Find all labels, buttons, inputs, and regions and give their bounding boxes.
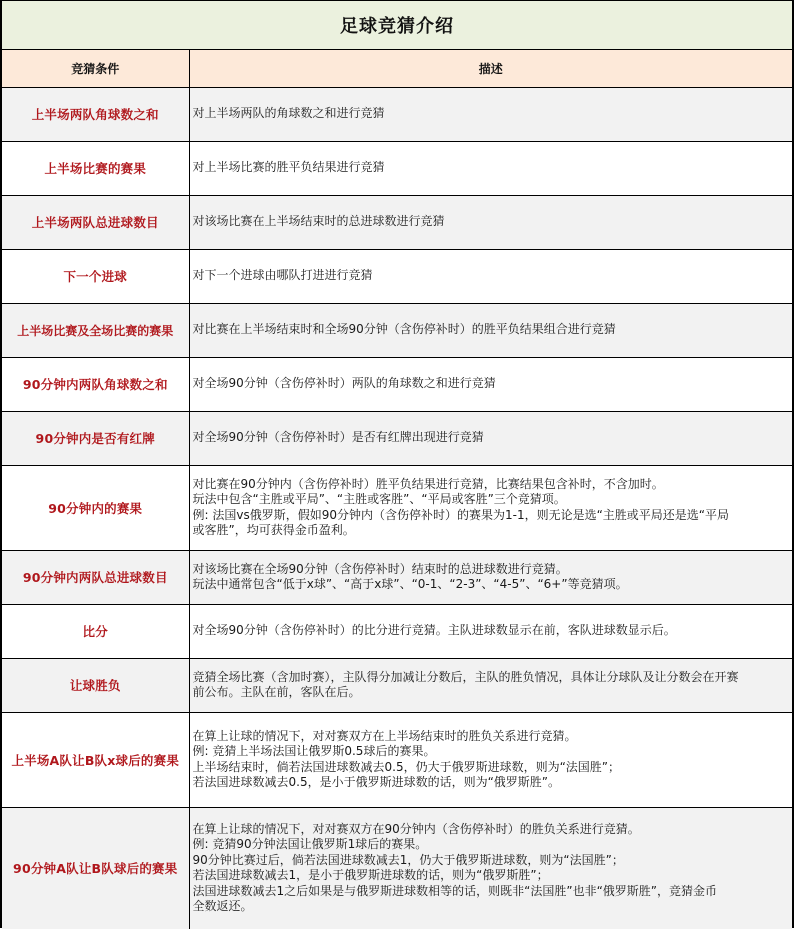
description-cell: 对该场比赛在全场90分钟（含伤停补时）结束时的总进球数进行竞猜。 玩法中通常包含…: [189, 550, 792, 604]
condition-cell: 上半场A队让B队x球后的赛果: [2, 712, 189, 807]
betting-rules-table: 竞猜条件 描述 上半场两队角球数之和 对上半场两队的角球数之和进行竞猜 上半场比…: [2, 50, 792, 929]
column-header-condition: 竞猜条件: [2, 50, 189, 87]
condition-cell: 上半场比赛的赛果: [2, 141, 189, 195]
table-row: 比分 对全场90分钟（含伤停补时）的比分进行竞猜。主队进球数显示在前，客队进球数…: [2, 604, 792, 658]
description-line: 若法国进球数减去1，是小于俄罗斯进球数的话，则为“俄罗斯胜”；: [193, 868, 790, 884]
description-line: 对上半场两队的角球数之和进行竞猜: [193, 106, 790, 122]
description-cell: 在算上让球的情况下，对对赛双方在90分钟内（含伤停补时）的胜负关系进行竞猜。 例…: [189, 807, 792, 929]
description-line: 玩法中通常包含“低于x球”、“高于x球”、“0-1、“2-3”、“4-5”、“6…: [193, 577, 790, 593]
football-betting-sheet: 足球竞猜介绍 竞猜条件 描述 上半场两队角球数之和 对上半场两队的角球数之和进行…: [0, 0, 794, 928]
condition-cell: 90分钟内是否有红牌: [2, 411, 189, 465]
column-header-description: 描述: [189, 50, 792, 87]
condition-cell: 比分: [2, 604, 189, 658]
description-cell: 在算上让球的情况下，对对赛双方在上半场结束时的胜负关系进行竞猜。 例: 竞猜上半…: [189, 712, 792, 807]
table-row: 90分钟内两队总进球数目 对该场比赛在全场90分钟（含伤停补时）结束时的总进球数…: [2, 550, 792, 604]
description-line: 对全场90分钟（含伤停补时）的比分进行竞猜。主队进球数显示在前，客队进球数显示后…: [193, 623, 790, 639]
description-cell: 对全场90分钟（含伤停补时）两队的角球数之和进行竞猜: [189, 357, 792, 411]
table-row: 90分钟内两队角球数之和 对全场90分钟（含伤停补时）两队的角球数之和进行竞猜: [2, 357, 792, 411]
condition-cell: 90分钟内两队总进球数目: [2, 550, 189, 604]
table-row: 上半场A队让B队x球后的赛果 在算上让球的情况下，对对赛双方在上半场结束时的胜负…: [2, 712, 792, 807]
description-cell: 对全场90分钟（含伤停补时）是否有红牌出现进行竞猜: [189, 411, 792, 465]
description-line: 90分钟比赛过后，倘若法国进球数减去1，仍大于俄罗斯进球数，则为“法国胜”；: [193, 853, 790, 869]
description-line: 对该场比赛在上半场结束时的总进球数进行竞猜: [193, 214, 790, 230]
table-header-row: 竞猜条件 描述: [2, 50, 792, 87]
description-cell: 对上半场两队的角球数之和进行竞猜: [189, 87, 792, 141]
description-line: 对比赛在上半场结束时和全场90分钟（含伤停补时）的胜平负结果组合进行竞猜: [193, 322, 790, 338]
description-line: 对下一个进球由哪队打进进行竞猜: [193, 268, 790, 284]
description-line: 对上半场比赛的胜平负结果进行竞猜: [193, 160, 790, 176]
description-cell: 对该场比赛在上半场结束时的总进球数进行竞猜: [189, 195, 792, 249]
description-line: 全数返还。: [193, 899, 790, 915]
description-cell: 竞猜全场比赛（含加时赛），主队得分加减让分数后，主队的胜负情况，具体让分球队及让…: [189, 658, 792, 712]
table-row: 让球胜负 竞猜全场比赛（含加时赛），主队得分加减让分数后，主队的胜负情况，具体让…: [2, 658, 792, 712]
title-row: 足球竞猜介绍: [2, 1, 792, 50]
description-line: 若法国进球数减去0.5，是小于俄罗斯进球数的话，则为“俄罗斯胜”。: [193, 775, 790, 791]
description-line: 对比赛在90分钟内（含伤停补时）胜平负结果进行竞猜，比赛结果包含补时，不含加时。: [193, 477, 790, 493]
description-cell: 对比赛在90分钟内（含伤停补时）胜平负结果进行竞猜，比赛结果包含补时，不含加时。…: [189, 465, 792, 550]
condition-cell: 上半场比赛及全场比赛的赛果: [2, 303, 189, 357]
condition-cell: 90分钟内的赛果: [2, 465, 189, 550]
description-line: 玩法中包含“主胜或平局”、“主胜或客胜”、“平局或客胜”三个竞猜项。: [193, 492, 790, 508]
condition-cell: 下一个进球: [2, 249, 189, 303]
table-row: 上半场两队总进球数目 对该场比赛在上半场结束时的总进球数进行竞猜: [2, 195, 792, 249]
description-line: 法国进球数减去1之后如果是与俄罗斯进球数相等的话，则既非“法国胜”也非“俄罗斯胜…: [193, 884, 790, 900]
description-line: 例: 竞猜90分钟法国让俄罗斯1球后的赛果。: [193, 837, 790, 853]
description-line: 在算上让球的情况下，对对赛双方在90分钟内（含伤停补时）的胜负关系进行竞猜。: [193, 822, 790, 838]
page-title: 足球竞猜介绍: [340, 12, 454, 38]
table-row: 下一个进球 对下一个进球由哪队打进进行竞猜: [2, 249, 792, 303]
description-line: 例: 竞猜上半场法国让俄罗斯0.5球后的赛果。: [193, 744, 790, 760]
description-cell: 对上半场比赛的胜平负结果进行竞猜: [189, 141, 792, 195]
condition-cell: 90分钟内两队角球数之和: [2, 357, 189, 411]
table-row: 90分钟内的赛果 对比赛在90分钟内（含伤停补时）胜平负结果进行竞猜，比赛结果包…: [2, 465, 792, 550]
description-line: 竞猜全场比赛（含加时赛），主队得分加减让分数后，主队的胜负情况，具体让分球队及让…: [193, 670, 790, 686]
table-row: 上半场比赛的赛果 对上半场比赛的胜平负结果进行竞猜: [2, 141, 792, 195]
condition-cell: 90分钟A队让B队球后的赛果: [2, 807, 189, 929]
description-cell: 对比赛在上半场结束时和全场90分钟（含伤停补时）的胜平负结果组合进行竞猜: [189, 303, 792, 357]
description-line: 对该场比赛在全场90分钟（含伤停补时）结束时的总进球数进行竞猜。: [193, 562, 790, 578]
description-line: 或客胜”，均可获得金币盈利。: [193, 523, 790, 539]
condition-cell: 上半场两队总进球数目: [2, 195, 189, 249]
description-line: 在算上让球的情况下，对对赛双方在上半场结束时的胜负关系进行竞猜。: [193, 729, 790, 745]
description-line: 上半场结束时，倘若法国进球数减去0.5，仍大于俄罗斯进球数，则为“法国胜”；: [193, 760, 790, 776]
condition-cell: 让球胜负: [2, 658, 189, 712]
description-line: 前公布。主队在前，客队在后。: [193, 685, 790, 701]
table-row: 上半场比赛及全场比赛的赛果 对比赛在上半场结束时和全场90分钟（含伤停补时）的胜…: [2, 303, 792, 357]
description-cell: 对下一个进球由哪队打进进行竞猜: [189, 249, 792, 303]
table-row: 上半场两队角球数之和 对上半场两队的角球数之和进行竞猜: [2, 87, 792, 141]
description-line: 例: 法国vs俄罗斯，假如90分钟内（含伤停补时）的赛果为1-1，则无论是选“主…: [193, 508, 790, 524]
description-cell: 对全场90分钟（含伤停补时）的比分进行竞猜。主队进球数显示在前，客队进球数显示后…: [189, 604, 792, 658]
description-line: 对全场90分钟（含伤停补时）两队的角球数之和进行竞猜: [193, 376, 790, 392]
condition-cell: 上半场两队角球数之和: [2, 87, 189, 141]
description-line: 对全场90分钟（含伤停补时）是否有红牌出现进行竞猜: [193, 430, 790, 446]
table-row: 90分钟内是否有红牌 对全场90分钟（含伤停补时）是否有红牌出现进行竞猜: [2, 411, 792, 465]
table-row: 90分钟A队让B队球后的赛果 在算上让球的情况下，对对赛双方在90分钟内（含伤停…: [2, 807, 792, 929]
